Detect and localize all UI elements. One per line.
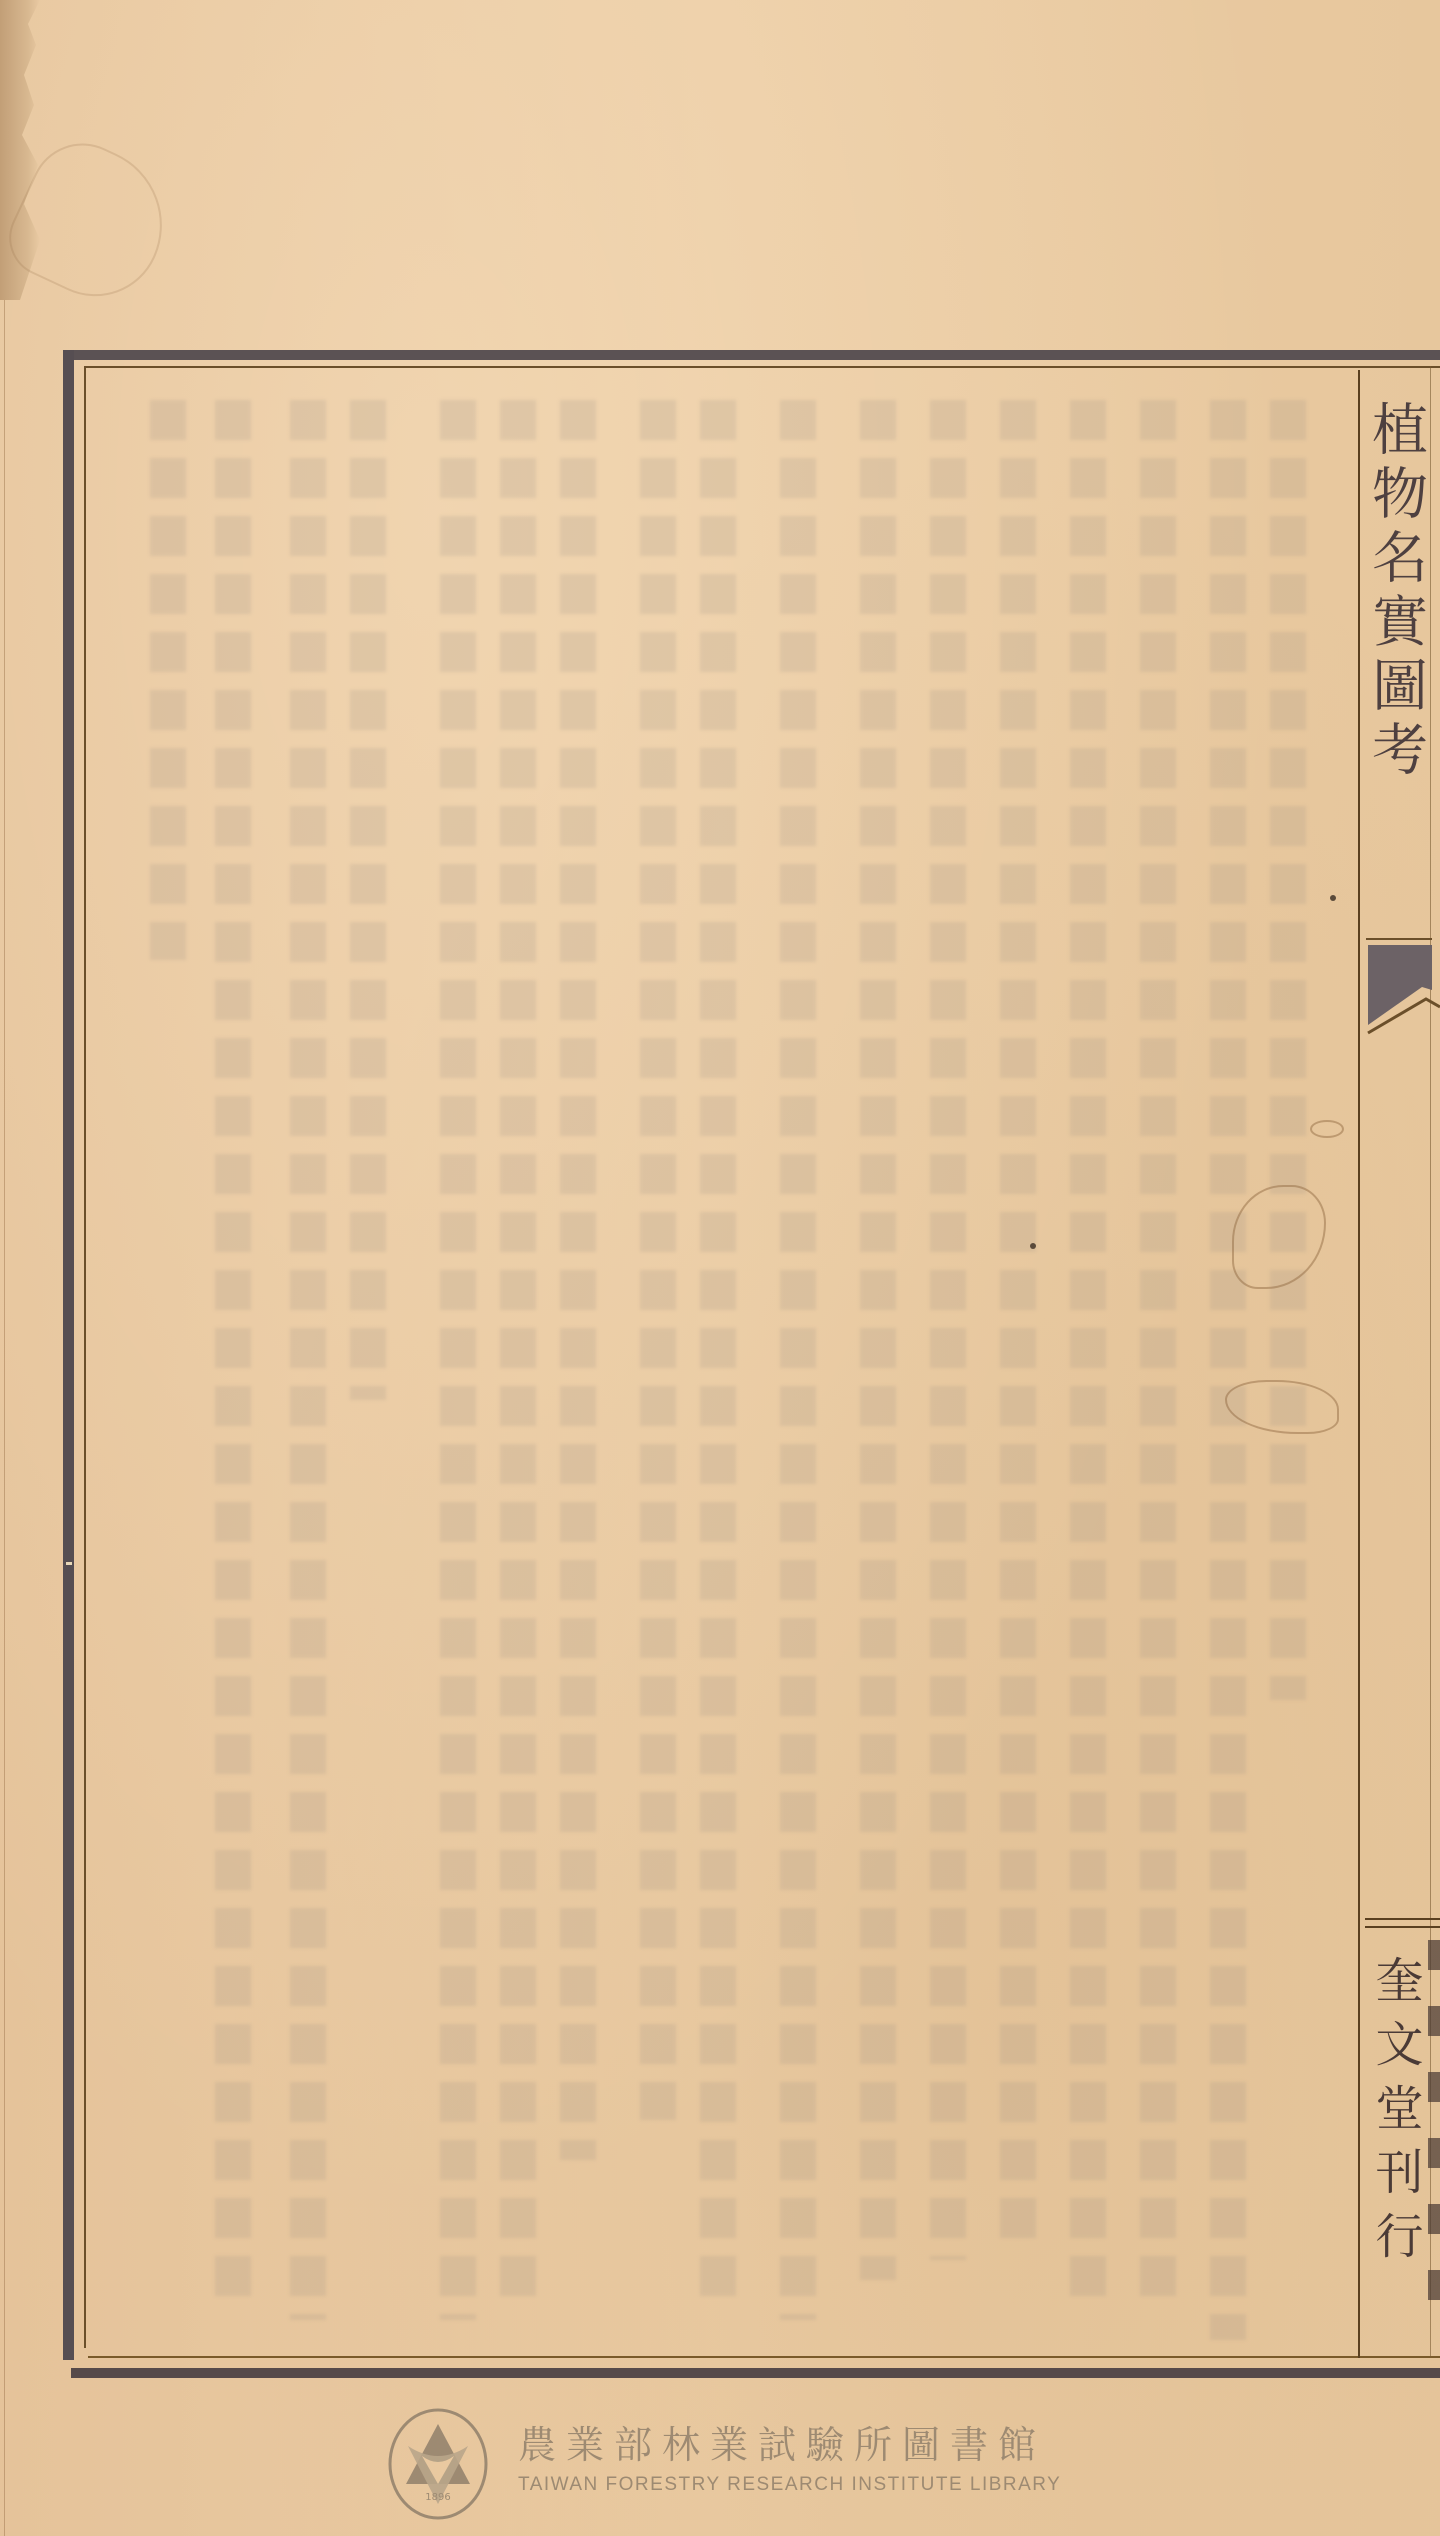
- bleed-column: [215, 400, 251, 2300]
- bleed-column: [1000, 400, 1036, 2250]
- bleed-column: [500, 400, 536, 2300]
- ink-speck: [1330, 895, 1336, 901]
- bleed-column: [1210, 400, 1246, 2340]
- margin-column-rule: [1358, 370, 1360, 2358]
- bleed-column: [780, 400, 816, 2320]
- bleed-column: [930, 400, 966, 2260]
- ink-speck: [1030, 1243, 1036, 1249]
- water-stain: [1232, 1185, 1326, 1289]
- water-stain: [1310, 1120, 1344, 1138]
- bleed-column: [860, 400, 896, 2280]
- bleed-column: [350, 400, 386, 1400]
- frame-inner-top: [84, 366, 1440, 368]
- frame-inner-left: [84, 366, 86, 2348]
- publisher-rule-top: [1365, 1918, 1440, 1920]
- bleed-column: [290, 400, 326, 2320]
- bleed-column: [440, 400, 476, 2320]
- frame-gap-mark: [66, 1562, 72, 1565]
- library-name-chinese: 農業部林業試驗所圖書館: [518, 2414, 1046, 2469]
- institute-seal-icon: 1896: [386, 2406, 490, 2522]
- frame-outer-left: [63, 350, 74, 2360]
- adjacent-page-text: [1428, 1940, 1440, 2320]
- bleed-column: [560, 400, 596, 2160]
- frame-outer-bottom: [71, 2368, 1440, 2378]
- bleed-column: [1140, 400, 1176, 2300]
- fishtail-ornament: [1362, 935, 1440, 1035]
- library-watermark: 1896 農業部林業試驗所圖書館 TAIWAN FORESTRY RESEARC…: [378, 2400, 1078, 2525]
- book-title: 植物名實圖考: [1362, 400, 1428, 920]
- bleed-column: [640, 400, 676, 2120]
- frame-outer-top: [63, 350, 1440, 360]
- publisher-rule-bottom: [1365, 1926, 1440, 1928]
- bleed-column: [1070, 400, 1106, 2310]
- bleed-column: [1270, 400, 1306, 1700]
- bleed-column: [150, 400, 186, 960]
- publisher-imprint: 奎文堂刊行: [1362, 1955, 1428, 2275]
- page-edge-line: [4, 300, 5, 2536]
- svg-text:1896: 1896: [425, 2492, 450, 2503]
- bleed-column: [700, 400, 736, 2300]
- library-name-english: TAIWAN FORESTRY RESEARCH INSTITUTE LIBRA…: [518, 2474, 1061, 2496]
- frame-inner-bottom: [88, 2356, 1440, 2358]
